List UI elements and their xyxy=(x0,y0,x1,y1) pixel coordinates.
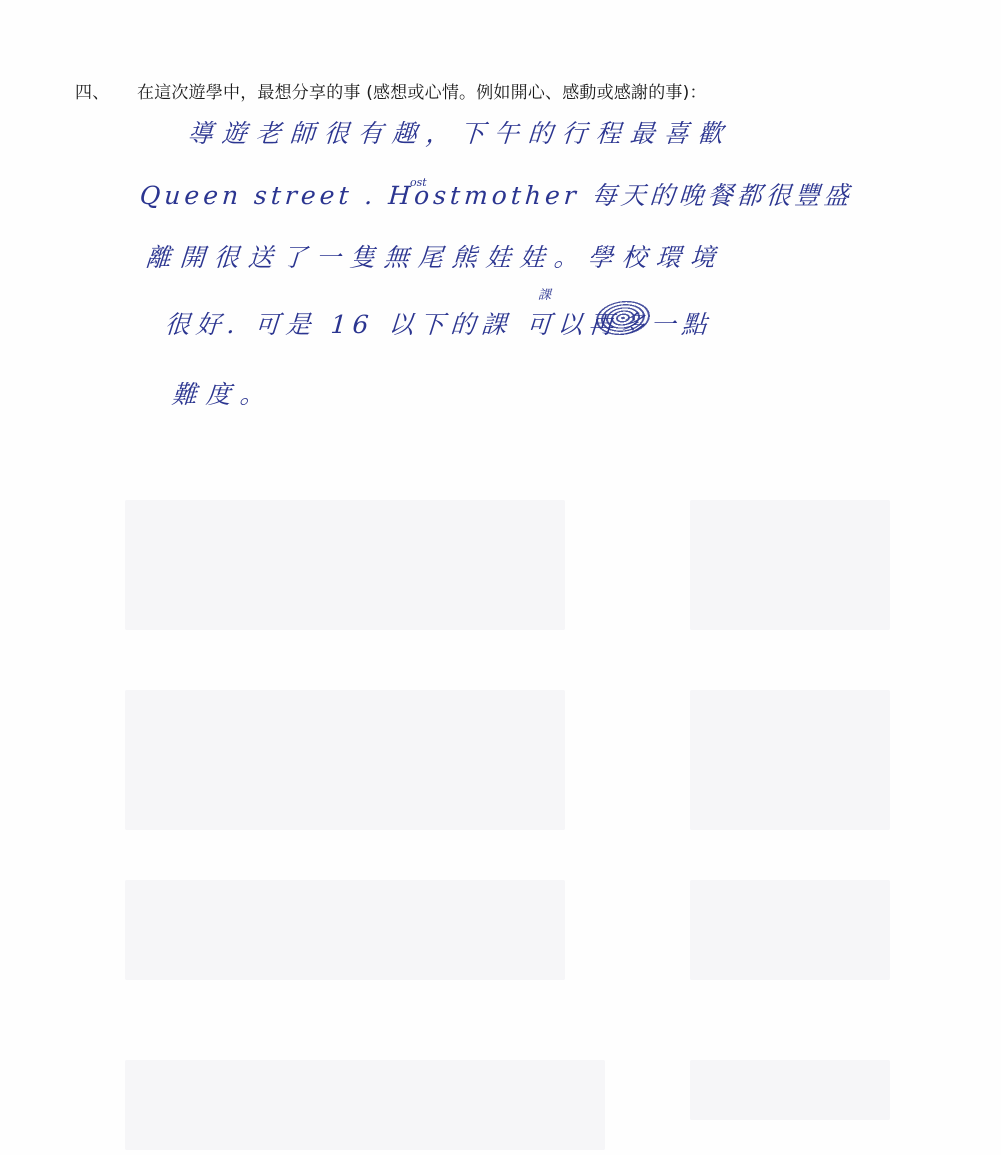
bleed-through-block xyxy=(125,1060,605,1150)
answer-line-5: 難度。 xyxy=(171,375,276,411)
bleed-through-block xyxy=(125,500,565,630)
bleed-through-block xyxy=(690,500,890,630)
correction-insert-char: 課 xyxy=(538,284,551,303)
question-number: 四、 xyxy=(75,78,137,103)
correction-insert-ost: ost xyxy=(410,176,427,189)
bleed-through-block xyxy=(690,1060,890,1120)
bleed-through-block xyxy=(125,880,565,980)
answer-line-2: Queen street . Hostmother 每天的晚餐都很豐盛 xyxy=(139,176,854,212)
question-text: 在這次遊學中，最想分享的事 (感想或心情。例如開心、感動或感謝的事)： xyxy=(137,83,707,103)
scanned-page: 四、在這次遊學中，最想分享的事 (感想或心情。例如開心、感動或感謝的事)： 導遊… xyxy=(0,0,1001,1155)
answer-line-3: 離開很送了一隻無尾熊娃娃。學校環境 xyxy=(145,238,726,274)
bleed-through-block xyxy=(125,690,565,830)
answer-line-1: 導遊老師很有趣，下午的行程最喜歡 xyxy=(187,114,734,150)
question-prompt: 四、在這次遊學中，最想分享的事 (感想或心情。例如開心、感動或感謝的事)： xyxy=(75,78,707,103)
bleed-through-block xyxy=(690,690,890,830)
bleed-through-block xyxy=(690,880,890,980)
